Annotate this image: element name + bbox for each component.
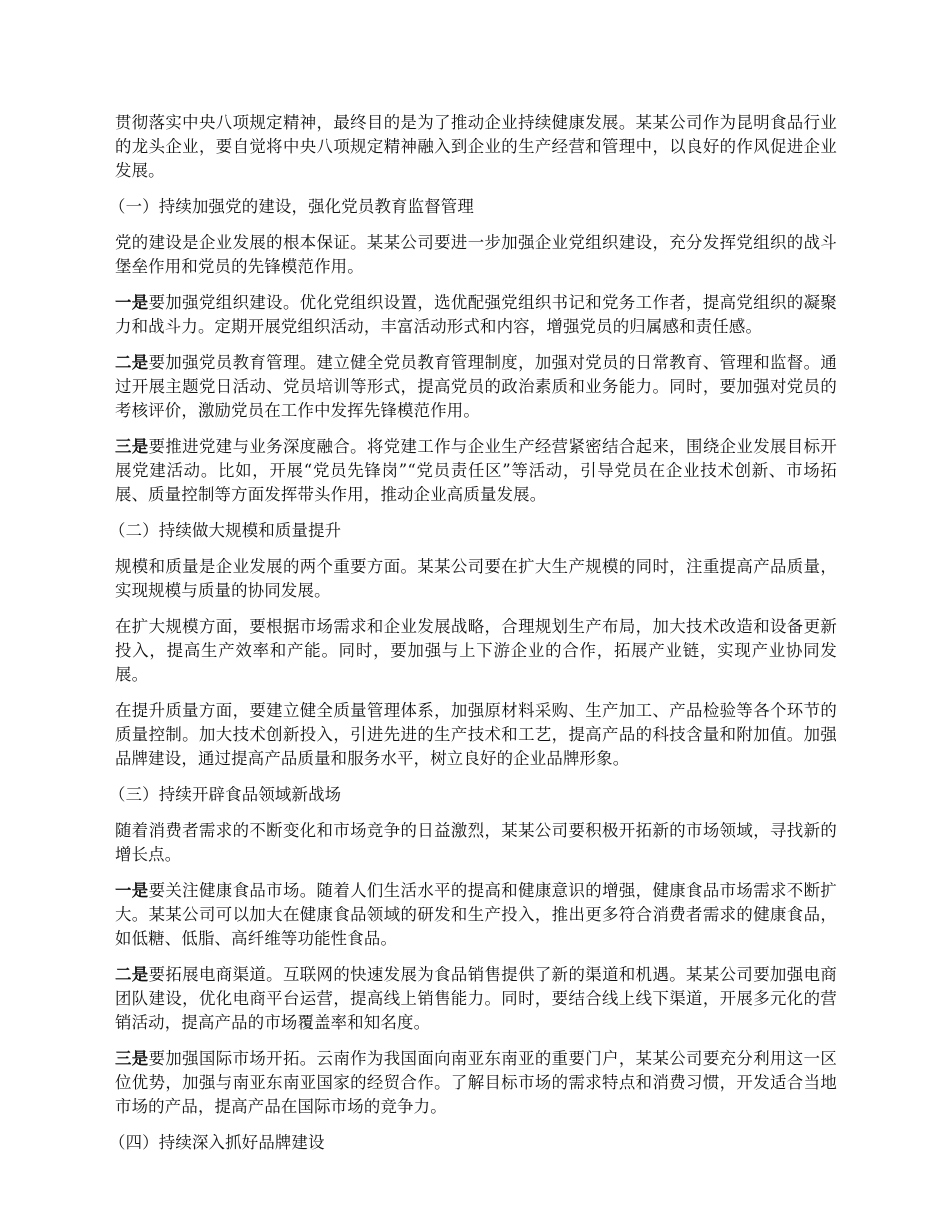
paragraph-text: 要推进党建与业务深度融合。将党建工作与企业生产经营紧密结合起来，围绕企业发展目标… xyxy=(115,437,837,504)
paragraph: 在扩大规模方面，要根据市场需求和企业发展战略，合理规划生产布局，加大技术改造和设… xyxy=(115,615,837,687)
paragraph: 三是要推进党建与业务深度融合。将党建工作与企业生产经营紧密结合起来，围绕企业发展… xyxy=(115,435,837,507)
paragraph: 三是要加强国际市场开拓。云南作为我国面向南亚东南亚的重要门户，某某公司要充分利用… xyxy=(115,1047,837,1119)
paragraph: 在提升质量方面，要建立健全质量管理体系，加强原材料采购、生产加工、产品检验等各个… xyxy=(115,699,837,771)
paragraph-text: 随着消费者需求的不断变化和市场竞争的日益激烈，某某公司要积极开拓新的市场领域，寻… xyxy=(115,821,837,864)
paragraph: 二是要拓展电商渠道。互联网的快速发展为食品销售提供了新的渠道和机遇。某某公司要加… xyxy=(115,963,837,1035)
document-page: 贯彻落实中央八项规定精神，最终目的是为了推动企业持续健康发展。某某公司作为昆明食… xyxy=(115,111,837,1167)
paragraph-lead: 二是 xyxy=(115,965,149,984)
paragraph-lead: 二是 xyxy=(115,353,149,372)
paragraph-lead: 三是 xyxy=(115,1049,149,1068)
paragraph-text: 在扩大规模方面，要根据市场需求和企业发展战略，合理规划生产布局，加大技术改造和设… xyxy=(115,617,837,684)
paragraph: 一是要关注健康食品市场。随着人们生活水平的提高和健康意识的增强，健康食品市场需求… xyxy=(115,879,837,951)
paragraph-lead: 一是 xyxy=(115,881,149,900)
paragraph-text: 要加强国际市场开拓。云南作为我国面向南亚东南亚的重要门户，某某公司要充分利用这一… xyxy=(115,1049,837,1116)
paragraph-text: 在提升质量方面，要建立健全质量管理体系，加强原材料采购、生产加工、产品检验等各个… xyxy=(115,701,837,768)
paragraph: 党的建设是企业发展的根本保证。某某公司要进一步加强企业党组织建设，充分发挥党组织… xyxy=(115,231,837,279)
paragraph: 一是要加强党组织建设。优化党组织设置，选优配强党组织书记和党务工作者，提高党组织… xyxy=(115,291,837,339)
paragraph-text: 要加强党组织建设。优化党组织设置，选优配强党组织书记和党务工作者，提高党组织的凝… xyxy=(115,293,837,336)
paragraph: 二是要加强党员教育管理。建立健全党员教育管理制度，加强对党员的日常教育、管理和监… xyxy=(115,351,837,423)
paragraph-text: 规模和质量是企业发展的两个重要方面。某某公司要在扩大生产规模的同时，注重提高产品… xyxy=(115,557,837,600)
paragraph-text: 要关注健康食品市场。随着人们生活水平的提高和健康意识的增强，健康食品市场需求不断… xyxy=(115,881,837,948)
section-heading-1: （一）持续加强党的建设，强化党员教育监督管理 xyxy=(109,195,837,219)
section-heading-3: （三）持续开辟食品领域新战场 xyxy=(109,783,837,807)
section-heading-2: （二）持续做大规模和质量提升 xyxy=(109,519,837,543)
paragraph-lead: 三是 xyxy=(115,437,149,456)
paragraph-text: 党的建设是企业发展的根本保证。某某公司要进一步加强企业党组织建设，充分发挥党组织… xyxy=(115,233,837,276)
intro-paragraph: 贯彻落实中央八项规定精神，最终目的是为了推动企业持续健康发展。某某公司作为昆明食… xyxy=(115,111,837,183)
paragraph: 随着消费者需求的不断变化和市场竞争的日益激烈，某某公司要积极开拓新的市场领域，寻… xyxy=(115,819,837,867)
paragraph-lead: 一是 xyxy=(115,293,149,312)
paragraph: 规模和质量是企业发展的两个重要方面。某某公司要在扩大生产规模的同时，注重提高产品… xyxy=(115,555,837,603)
paragraph-text: 要拓展电商渠道。互联网的快速发展为食品销售提供了新的渠道和机遇。某某公司要加强电… xyxy=(115,965,837,1032)
paragraph-text: 要加强党员教育管理。建立健全党员教育管理制度，加强对党员的日常教育、管理和监督。… xyxy=(115,353,837,420)
section-heading-4: （四）持续深入抓好品牌建设 xyxy=(109,1131,837,1155)
